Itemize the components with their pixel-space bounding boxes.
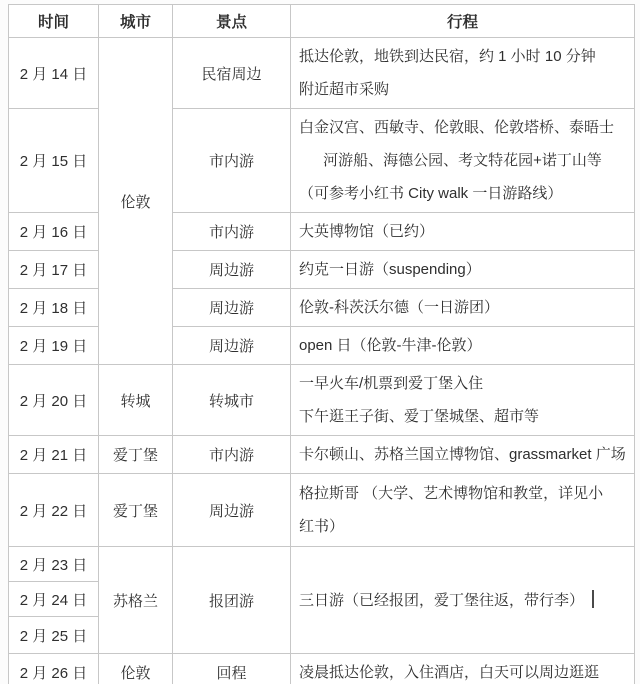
table-row: 2 月 14 日伦敦民宿周边抵达伦敦，地铁到达民宿，约 1 小时 10 分钟附近…: [9, 38, 635, 109]
plan-cell[interactable]: 伦敦-科茨沃尔德（一日游团）: [291, 289, 635, 327]
spot-cell[interactable]: 回程: [173, 654, 291, 684]
header-row: 时间 城市 景点 行程: [9, 5, 635, 38]
plan-cell[interactable]: 格拉斯哥 （大学、艺术博物馆和教堂，详见小红书）: [291, 474, 635, 547]
plan-line: 下午逛王子街、爱丁堡城堡、超市等: [299, 400, 626, 433]
col-header-spot: 景点: [173, 5, 291, 38]
plan-line: （可参考小红书 City walk 一日游路线）: [299, 177, 626, 210]
plan-line: 红书）: [299, 510, 626, 543]
table-header: 时间 城市 景点 行程: [9, 5, 635, 38]
city-cell[interactable]: 伦敦: [99, 654, 173, 684]
table-row: 2 月 26 日伦敦回程凌晨抵达伦敦，入住酒店，白天可以周边逛逛: [9, 654, 635, 684]
plan-cell[interactable]: 抵达伦敦，地铁到达民宿，约 1 小时 10 分钟附近超市采购: [291, 38, 635, 109]
date-cell[interactable]: 2 月 16 日: [9, 213, 99, 251]
city-cell[interactable]: 苏格兰: [99, 547, 173, 654]
plan-line: 三日游（已经报团，爱丁堡往返，带行李）: [299, 584, 626, 617]
spot-cell[interactable]: 民宿周边: [173, 38, 291, 109]
plan-cell[interactable]: 凌晨抵达伦敦，入住酒店，白天可以周边逛逛: [291, 654, 635, 684]
spot-cell[interactable]: 市内游: [173, 436, 291, 474]
plan-line: open 日（伦敦-牛津-伦敦）: [299, 329, 626, 362]
date-cell[interactable]: 2 月 23 日: [9, 547, 99, 582]
date-cell[interactable]: 2 月 24 日: [9, 582, 99, 617]
spot-cell[interactable]: 市内游: [173, 213, 291, 251]
plan-cell[interactable]: 三日游（已经报团，爱丁堡往返，带行李）: [291, 547, 635, 654]
plan-line: 约克一日游（suspending）: [299, 253, 626, 286]
col-header-time: 时间: [9, 5, 99, 38]
spot-cell[interactable]: 周边游: [173, 251, 291, 289]
plan-cell[interactable]: 白金汉宫、西敏寺、伦敦眼、伦敦塔桥、泰晤士河游船、海德公园、考文特花园+诺丁山等…: [291, 109, 635, 213]
spot-cell[interactable]: 周边游: [173, 327, 291, 365]
date-cell[interactable]: 2 月 26 日: [9, 654, 99, 684]
date-cell[interactable]: 2 月 20 日: [9, 365, 99, 436]
city-cell[interactable]: 转城: [99, 365, 173, 436]
itinerary-table: 时间 城市 景点 行程 2 月 14 日伦敦民宿周边抵达伦敦，地铁到达民宿，约 …: [8, 4, 635, 684]
date-cell[interactable]: 2 月 22 日: [9, 474, 99, 547]
spot-cell[interactable]: 市内游: [173, 109, 291, 213]
plan-line: 伦敦-科茨沃尔德（一日游团）: [299, 291, 626, 324]
table-row: 2 月 20 日转城转城市一早火车/机票到爱丁堡入住下午逛王子街、爱丁堡城堡、超…: [9, 365, 635, 436]
plan-cell[interactable]: 约克一日游（suspending）: [291, 251, 635, 289]
date-cell[interactable]: 2 月 18 日: [9, 289, 99, 327]
plan-line: 凌晨抵达伦敦，入住酒店，白天可以周边逛逛: [299, 656, 626, 684]
plan-line: 一早火车/机票到爱丁堡入住: [299, 367, 626, 400]
date-cell[interactable]: 2 月 21 日: [9, 436, 99, 474]
table-row: 2 月 22 日爱丁堡周边游格拉斯哥 （大学、艺术博物馆和教堂，详见小红书）: [9, 474, 635, 547]
date-cell[interactable]: 2 月 15 日: [9, 109, 99, 213]
plan-cell[interactable]: 大英博物馆（已约）: [291, 213, 635, 251]
spot-cell[interactable]: 报团游: [173, 547, 291, 654]
itinerary-table-body: 2 月 14 日伦敦民宿周边抵达伦敦，地铁到达民宿，约 1 小时 10 分钟附近…: [9, 38, 635, 684]
plan-cell[interactable]: 一早火车/机票到爱丁堡入住下午逛王子街、爱丁堡城堡、超市等: [291, 365, 635, 436]
plan-line: 大英博物馆（已约）: [299, 215, 626, 248]
spot-cell[interactable]: 转城市: [173, 365, 291, 436]
city-cell[interactable]: 爱丁堡: [99, 474, 173, 547]
plan-cell[interactable]: open 日（伦敦-牛津-伦敦）: [291, 327, 635, 365]
plan-line: 附近超市采购: [299, 73, 626, 106]
date-cell[interactable]: 2 月 25 日: [9, 617, 99, 654]
plan-line: 格拉斯哥 （大学、艺术博物馆和教堂，详见小: [299, 477, 626, 510]
plan-cell[interactable]: 卡尔顿山、苏格兰国立博物馆、grassmarket 广场: [291, 436, 635, 474]
city-cell[interactable]: 爱丁堡: [99, 436, 173, 474]
plan-line: 河游船、海德公园、考文特花园+诺丁山等: [299, 144, 626, 177]
date-cell[interactable]: 2 月 14 日: [9, 38, 99, 109]
spot-cell[interactable]: 周边游: [173, 474, 291, 547]
table-row: 2 月 23 日苏格兰报团游三日游（已经报团，爱丁堡往返，带行李）: [9, 547, 635, 582]
date-cell[interactable]: 2 月 19 日: [9, 327, 99, 365]
spot-cell[interactable]: 周边游: [173, 289, 291, 327]
date-cell[interactable]: 2 月 17 日: [9, 251, 99, 289]
city-cell[interactable]: 伦敦: [99, 38, 173, 365]
plan-line: 白金汉宫、西敏寺、伦敦眼、伦敦塔桥、泰晤士: [299, 111, 626, 144]
text-cursor: [592, 590, 594, 608]
col-header-program: 行程: [291, 5, 635, 38]
table-row: 2 月 21 日爱丁堡市内游卡尔顿山、苏格兰国立博物馆、grassmarket …: [9, 436, 635, 474]
col-header-city: 城市: [99, 5, 173, 38]
plan-line: 抵达伦敦，地铁到达民宿，约 1 小时 10 分钟: [299, 40, 626, 73]
plan-line: 卡尔顿山、苏格兰国立博物馆、grassmarket 广场: [299, 438, 626, 471]
